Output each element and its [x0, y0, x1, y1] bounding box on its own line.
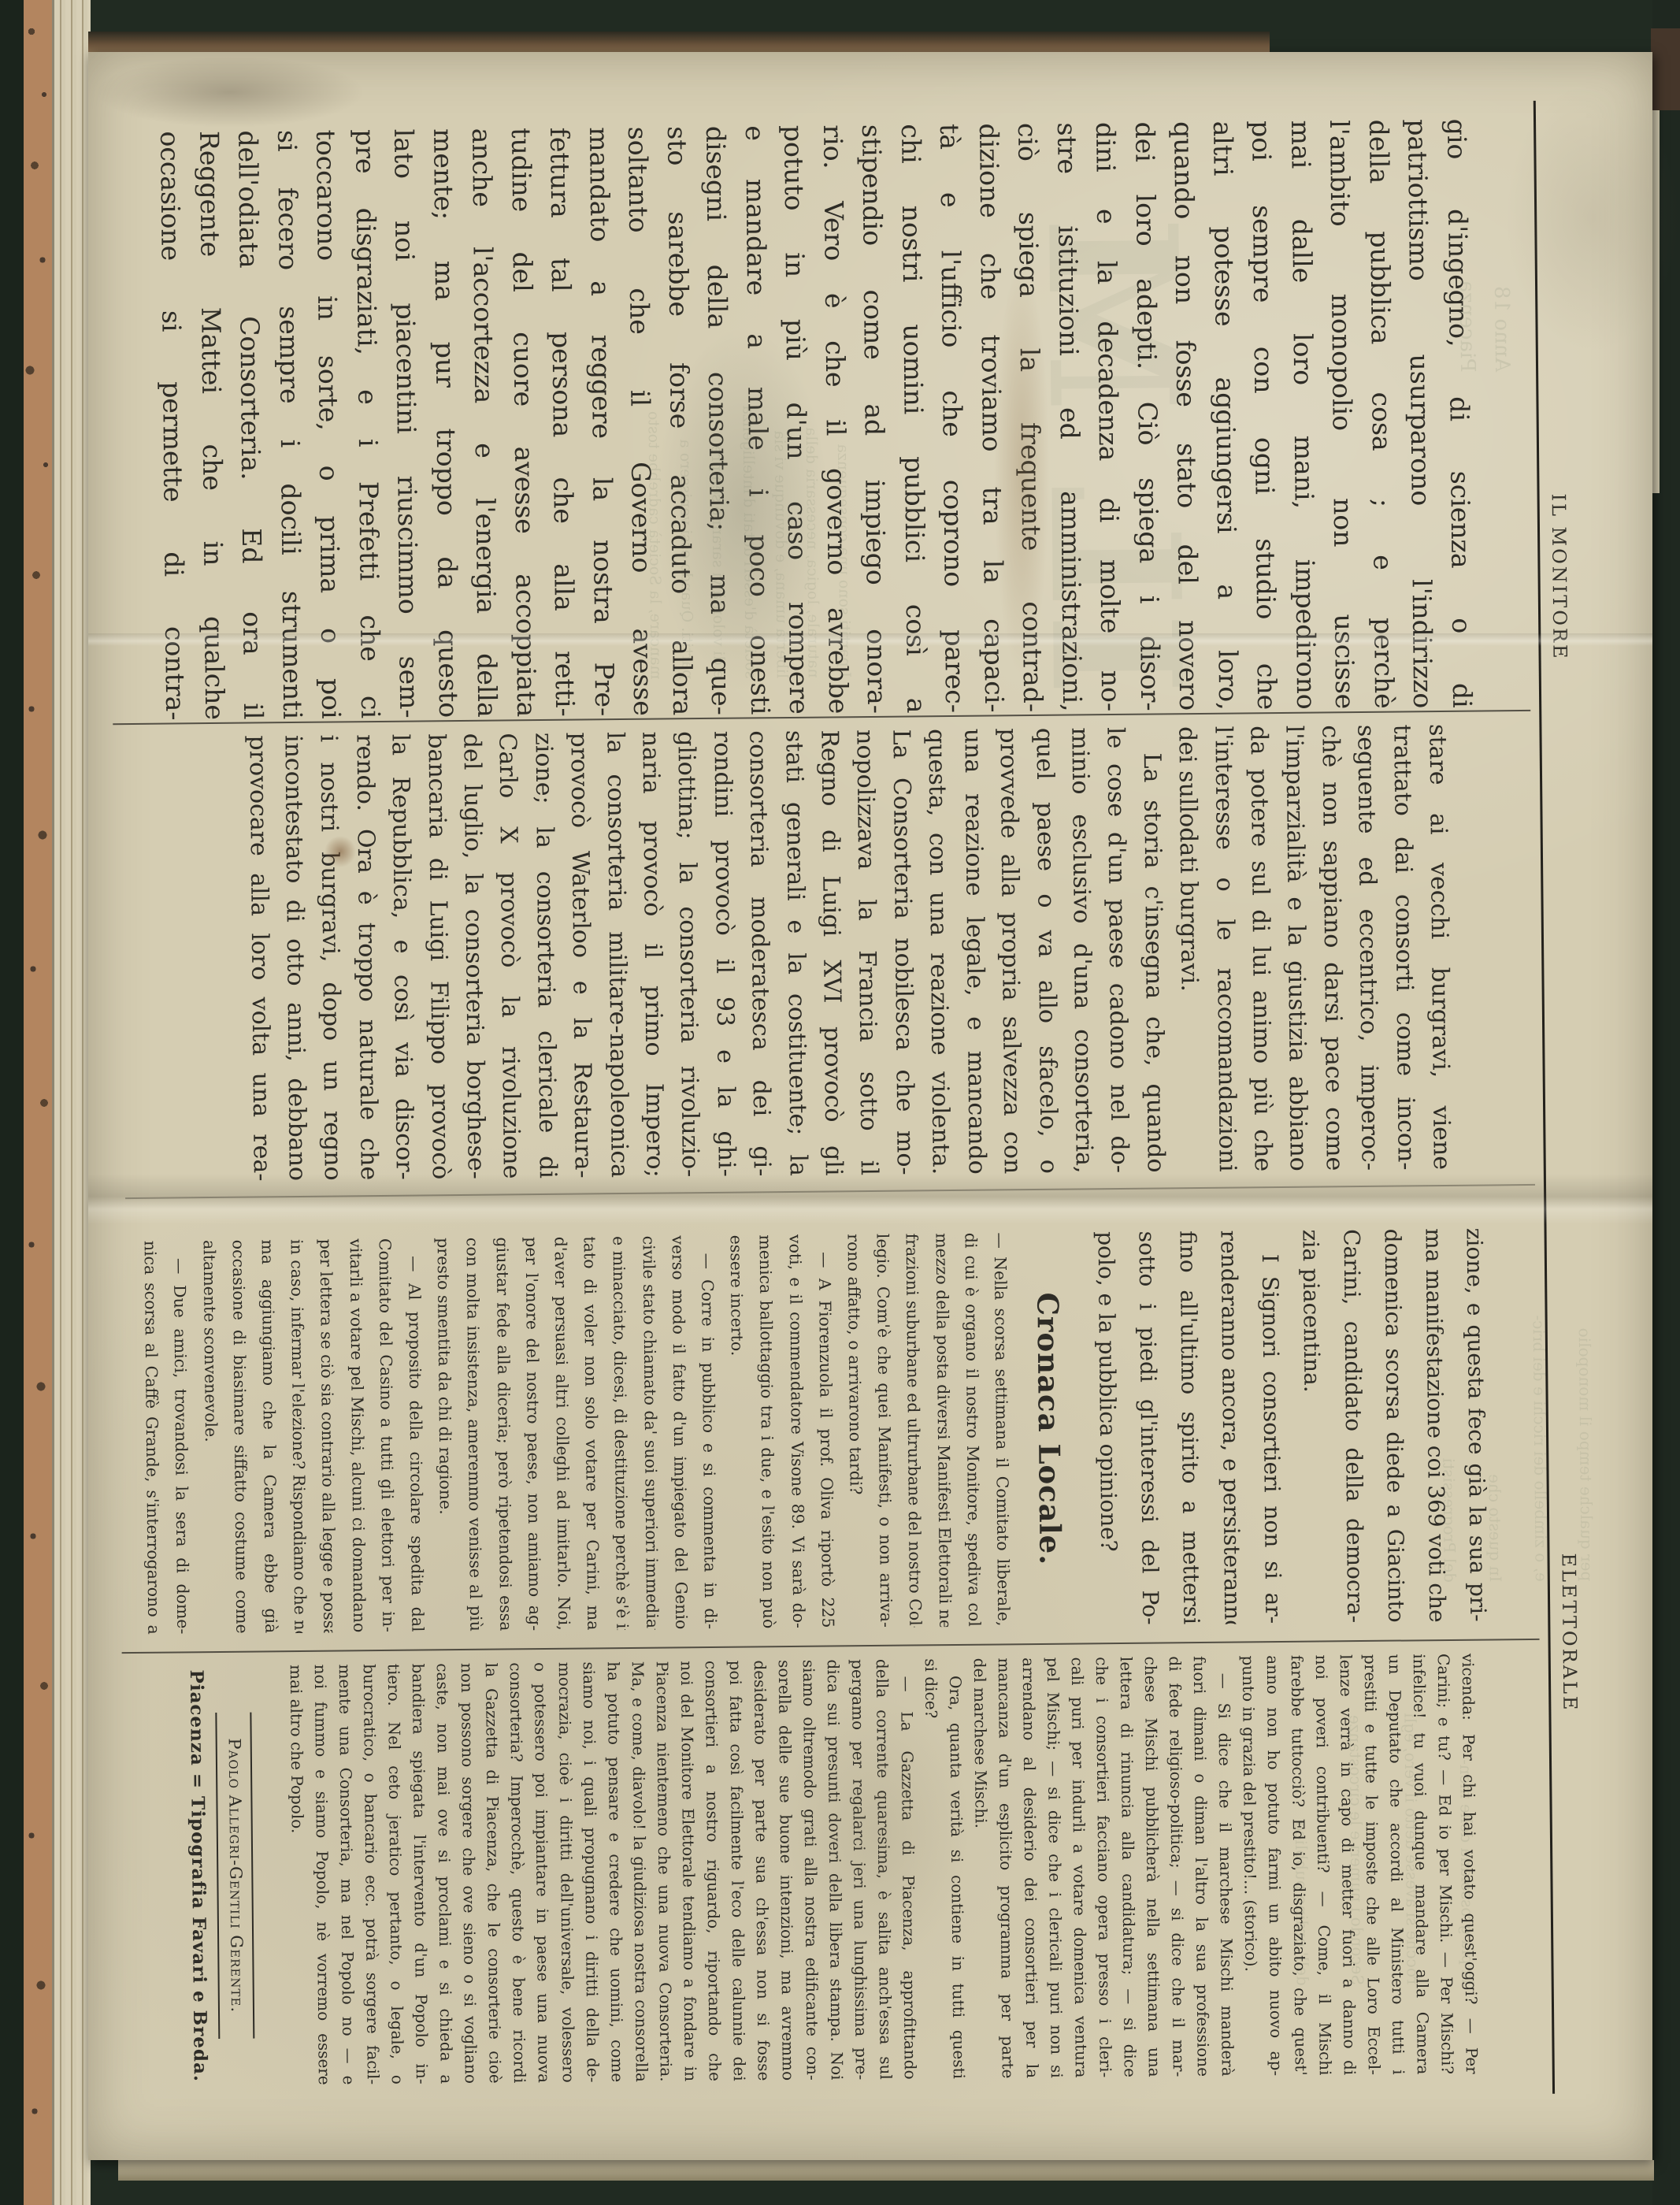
- text-line: — Corre in pubblico e si commenta in di-: [692, 1235, 725, 1629]
- text-line: provocò Waterloo e la Restaura-: [561, 732, 601, 1178]
- stain: [1506, 84, 1679, 351]
- text-line: sotto i piedi gl'interessi del Po-: [1126, 1231, 1171, 1624]
- text-line: stre istituzioni ed amministrazioni,: [1048, 122, 1092, 711]
- text-line: e minacciato, dicesi, di destituzione pe…: [604, 1236, 637, 1630]
- text-line: La storia c'insegna che, quando: [1133, 726, 1174, 1172]
- text-line: menica ballottaggio tra i due, e l'esito…: [751, 1234, 784, 1628]
- text-line: vicenda: Per chi hai votato quest'oggi? …: [1456, 1654, 1484, 2074]
- text-line: patriottismo usurparono l'indirizzo: [1398, 119, 1443, 708]
- text-line: si fecero sempre i docili strumenti: [268, 130, 313, 719]
- text-line: di fede religioso-politica; — si dice ch…: [1163, 1656, 1191, 2077]
- text-line: — Si dice che il marchese Mischi manderà: [1211, 1656, 1240, 2077]
- text-line: Ma, e come, diavolo! la giudiziosa nostr…: [625, 1661, 654, 2082]
- text-line: prestiti e tutte le imposte che alle Lor…: [1358, 1654, 1386, 2075]
- text-line: presto smentita da chi di ragione.: [428, 1238, 462, 1631]
- text-line: consortieri a nostro riguardo, riportand…: [699, 1661, 727, 2081]
- text-line: siamo noi, i quali propugnano i diritti …: [577, 1661, 605, 2082]
- text-line: i nostri burgravi, dopo un regno: [310, 734, 350, 1180]
- column-3: zione, e questa fece già la sua pri-ma m…: [135, 1227, 1499, 1635]
- text-line: per lettera se ciò sia contrario alla le…: [311, 1238, 344, 1632]
- text-line: o potessero poi impiantare in paese una …: [528, 1662, 556, 2083]
- newspaper-sheet: IL MONITORE Anno 18Piacenza I partiti so…: [88, 52, 1652, 2160]
- text-line: farebbe tuttocciò? Ed io, disgraziato, c…: [1285, 1655, 1313, 2076]
- running-head-elettorale: ELETTORALE: [1557, 1542, 1581, 1723]
- text-line: anche l'accortezza e l'energia della: [462, 128, 507, 717]
- text-line: ma manifestazione coi 369 voti che: [1413, 1228, 1458, 1622]
- text-line: domenica scorsa diede a Giacinto: [1372, 1228, 1417, 1622]
- book-scan: IL MONITORE Anno 18Piacenza I partiti so…: [0, 0, 1680, 2205]
- text-line: dell'odiata Consorteria. Ed ora il: [228, 130, 273, 719]
- text-line: con molta insistenza, ameremmo venisse a…: [458, 1238, 491, 1631]
- gutter-fold: [88, 1174, 1652, 1224]
- text-line: occasione si permette di contra-: [150, 131, 195, 720]
- text-line: rono affatto, o arrivarono tardi?: [838, 1234, 871, 1628]
- text-line: da potere sul di lui animo più che: [1241, 726, 1281, 1171]
- text-line: La Consorteria nobilesca che mo-: [883, 729, 923, 1175]
- text-line: zia piacentina.: [1290, 1229, 1335, 1623]
- text-line: tà e l'ufficio che coprono parec-: [930, 124, 975, 713]
- text-line: altri potesse aggiungersi a loro,: [1203, 121, 1248, 710]
- text-line: renderanno ancora, e persisteranno: [1208, 1230, 1253, 1624]
- text-line: noi del Monitore Elettorale tendiamo a f…: [674, 1661, 703, 2081]
- text-line: la consorteria militare-napoleonica: [597, 732, 637, 1178]
- text-line: del marchese Mischi.: [967, 1658, 996, 2079]
- text-line: non possono sorgere che ove sieno o si v…: [454, 1663, 483, 2084]
- text-line: l'interesse o le raccomandazioni: [1205, 726, 1245, 1171]
- text-line: — Nella scorsa settimana il Comitato lib…: [985, 1232, 1018, 1626]
- corner-shadow: [96, 57, 364, 128]
- text-line: quel paese o va allo sfacelo, o: [1026, 728, 1066, 1174]
- text-line: mezzo della posta diversi Manifesti Elet…: [926, 1233, 959, 1627]
- text-line: chi nostri uomini pubblici così a: [892, 124, 936, 713]
- text-line: arrendano al desiderio dei consortieri p…: [1016, 1657, 1044, 2078]
- header-rule: [1534, 101, 1555, 2094]
- text-line: lenze verrà in capo di metter fuori a da…: [1333, 1654, 1362, 2075]
- text-line: Comitato del Casino a tutti gli elettori…: [369, 1238, 402, 1632]
- text-line: desiderato per parte sua ch'essa non si …: [747, 1660, 776, 2081]
- text-line: mocrazia, cioè i diritti dell'universale…: [552, 1662, 580, 2083]
- book-cover-edge: [0, 0, 24, 2205]
- text-line: chese Mischi pubblicherà nella settimana…: [1138, 1656, 1166, 2077]
- text-line: soltanto che il Governo avesse: [618, 127, 663, 716]
- text-line: gliottina; la consorteria rivoluzio-: [668, 731, 708, 1177]
- text-line: cali puri per indurli a votare domenica …: [1065, 1657, 1093, 2077]
- text-line: quando non fosse stato del novero: [1164, 121, 1209, 711]
- text-line: fettura tal persona che alla retti-: [540, 127, 585, 716]
- text-line: ma aggiungiamo che la Camera ebbe già: [252, 1239, 285, 1633]
- text-line: in caso, infermar l'elezione? Rispondiam…: [282, 1239, 315, 1633]
- text-line: mandato a reggere la nostra Pre-: [580, 127, 625, 716]
- imprint-block: Paolo Allegri-Gentili Gerente. Piacenza …: [186, 1665, 255, 2087]
- text-line: lettera di rinuncia alla candidatura; — …: [1114, 1657, 1142, 2077]
- column-rule-3: [122, 1639, 1540, 1654]
- text-line: poi fatta così facilmente l'eco delle ca…: [723, 1661, 751, 2081]
- text-line: polo, e la pubblica opinione?: [1085, 1231, 1130, 1625]
- text-line: bancaria di Luigi Filippo provocò: [418, 733, 458, 1179]
- text-line: rio. Vero è che il governo avrebbe: [814, 124, 859, 714]
- column-3-article-end: zione, e questa fece già la sua pri-ma m…: [1085, 1227, 1499, 1625]
- text-line: rendo. Ora è troppo naturale che: [347, 734, 387, 1180]
- text-line: d'aver persuasi altri colleghi ad imitar…: [545, 1237, 578, 1631]
- ghost-line: e, o zimbello dei ricchi e dei bric-: [1515, 1243, 1564, 1583]
- text-line: di cui è organo il nostro Monitore, sped…: [955, 1233, 988, 1627]
- text-line: caste, non mai ove si proclami e si chie…: [430, 1663, 458, 2084]
- text-line: stipendio come ad impiego onora-: [852, 124, 897, 714]
- text-line: tudine del cuore avesse accoppiata: [502, 128, 547, 717]
- text-line: tato di voler non solo votare per Carini…: [575, 1236, 608, 1630]
- text-line: noi poveri contribuenti? — Come, il Misc…: [1309, 1654, 1337, 2075]
- text-line: fino all'ultimo spirito a mettersi: [1167, 1231, 1212, 1624]
- text-line: altamente sconvenevole.: [194, 1240, 227, 1634]
- text-line: punto in grazia del prestito!... (storic…: [1236, 1655, 1264, 2076]
- text-line: le cose d'un paese cadono nel do-: [1097, 727, 1137, 1173]
- text-line: la Gazzetta di Piacenza, che le consorte…: [479, 1663, 507, 2084]
- text-line: mente; ma pur troppo da questo: [424, 128, 469, 718]
- text-line: ha potuto pensare e credere che uomini, …: [601, 1661, 629, 2082]
- text-line: — Al proposito della circolare spedita d…: [399, 1238, 432, 1631]
- text-line: dei sullodati burgravi.: [1169, 726, 1209, 1172]
- text-line: toccarono in sorte, o prima o poi: [306, 129, 351, 718]
- text-line: seguente ed eccentrico, imperoc-: [1348, 725, 1388, 1171]
- text-line: un Deputato che accordi al Ministero tut…: [1382, 1654, 1411, 2074]
- text-line: provocare alla loro volta una rea-: [239, 735, 280, 1181]
- text-line: anno non ho potuto farmi un abito nuovo …: [1260, 1655, 1289, 2076]
- text-line: mai dalle loro mani, impedirono: [1281, 120, 1326, 709]
- text-line: incontestato di otto anni, debbano: [275, 735, 315, 1181]
- text-line: consorteria? Imperocchè, questo è bene r…: [503, 1662, 532, 2083]
- text-line: trattato dai consorti come incon-: [1384, 724, 1424, 1170]
- text-line: stati generali e la costituente; la: [776, 730, 816, 1176]
- gerente-line: Paolo Allegri-Gentili Gerente.: [217, 1665, 254, 2086]
- text-line: della pubblica cosa ; e perchè: [1359, 120, 1404, 709]
- text-line: chè non sappiano darsi pace come: [1312, 725, 1352, 1171]
- text-line: Reggente Mattei che in qualche: [190, 131, 235, 720]
- text-line: consorteria moderatesca dei gi-: [740, 730, 780, 1176]
- text-line: frazioni suburbane ed ultrurbane del nos…: [897, 1233, 930, 1627]
- text-line: pre disgraziati, e i Prefetti che ci: [346, 129, 391, 718]
- text-line: verso modo il fatto d'un impiegato del G…: [662, 1235, 695, 1629]
- text-line: — A Fiorenzuola il prof. Oliva riportò 2…: [809, 1234, 842, 1628]
- text-line: questa, con una reazione violenta.: [918, 729, 959, 1175]
- text-line: mai altro che Popolo.: [284, 1665, 312, 2085]
- text-line: rondini provocò il 93 e la ghi-: [704, 731, 744, 1177]
- marbled-board-edge: [24, 0, 52, 2205]
- fold-crease: [88, 633, 1652, 646]
- text-line: voti, e il commendatore Visone 89. Vi sa…: [780, 1234, 813, 1628]
- text-line: Carini; e tu? — Ed io per Mischi. — Per …: [1431, 1654, 1459, 2074]
- text-line: poi sempre con ogni studio che: [1242, 121, 1287, 710]
- text-line: burocratico, o bancario ecc. potrà sorge…: [357, 1664, 385, 2084]
- text-line: infelice! tu vuoi dunque mandare alla Ca…: [1407, 1654, 1435, 2074]
- stain: [325, 836, 356, 867]
- text-line: nica scorsa al Caffè Grande, s'interroga…: [135, 1241, 169, 1635]
- text-line: dei loro adepti. Ciò spiega i disor-: [1126, 121, 1170, 711]
- text-line: minio esclusivo d'una consorteria,: [1062, 727, 1102, 1173]
- text-line: l'imparzialità e la giustizia abbiano: [1276, 726, 1316, 1171]
- text-line: vitarli a votare pel Mischi, alcuni ci d…: [340, 1238, 373, 1632]
- binding-corner: [1651, 28, 1680, 110]
- text-line: dini e la decadenza di molte no-: [1086, 122, 1131, 711]
- text-line: stare ai vecchi burgravi, viene: [1419, 724, 1459, 1170]
- text-line: bandiera spiegata l'intervento d'un Popo…: [406, 1663, 434, 2084]
- text-line: del luglio, la consorteria borghese-: [454, 733, 494, 1179]
- text-line: per l'onore del nostro paese, non amiamo…: [516, 1237, 549, 1631]
- stain: [781, 1698, 970, 1966]
- text-line: lato noi piacentini riuscimmo sem-: [384, 128, 429, 718]
- text-line: Carini, candidato della democra-: [1331, 1229, 1376, 1623]
- text-line: che i consortieri facciano opera presso …: [1089, 1657, 1118, 2077]
- text-line: zione, e questa fece già la sua pri-: [1454, 1227, 1499, 1621]
- text-line: naria provocò il primo Impero;: [632, 731, 673, 1177]
- text-line: essere incerto.: [721, 1234, 755, 1628]
- text-line: I Signori consortieri non si ar-: [1249, 1230, 1294, 1624]
- text-line: gio d'ingegno, di scienza o di: [1437, 119, 1482, 708]
- text-line: noi fummo e siamo Popolo, nè vorremo ess…: [308, 1665, 336, 2085]
- cronaca-locale-heading: Cronaca Locale.: [1030, 1232, 1069, 1626]
- stain: [994, 265, 1049, 674]
- tipografia-line: Piacenza = Tipografia Favari e Breda.: [186, 1665, 219, 2086]
- text-line: una reazione legale, e mancando: [955, 729, 995, 1175]
- text-line: mente una Consorteria, ma nel Popolo no …: [332, 1664, 361, 2084]
- text-line: pel Mischi; — si dice che i clericali pu…: [1040, 1657, 1069, 2078]
- text-line: Piacenza nientemeno che una nuova Consor…: [650, 1661, 678, 2081]
- text-line: zione; la consorteria clericale di: [525, 733, 566, 1179]
- text-line: Carlo X provocò la rivoluzione: [489, 733, 529, 1179]
- text-line: Regno di Luigi XVI provocò gli: [811, 729, 851, 1175]
- text-line: occasione di biasimare siffatto costume …: [223, 1240, 256, 1634]
- column-2-lead-article: stare ai vecchi burgravi, vienetrattato …: [239, 724, 1459, 1182]
- text-line: mancanza d'un esplicito programma per pa…: [992, 1657, 1020, 2078]
- text-line: fuori dimani o diman l'altro la sua prof…: [1187, 1656, 1215, 2077]
- text-line: nopolizzava la Francia sotto il: [847, 729, 888, 1175]
- cronaca-locale-items: — Nella scorsa settimana il Comitato lib…: [135, 1232, 1018, 1635]
- text-line: la Repubblica, e così via discor-: [382, 733, 422, 1179]
- text-line: provvede alla propria salvezza con: [990, 728, 1030, 1174]
- text-line: l'ambito monopolio non uscisse: [1320, 120, 1365, 709]
- text-line: civile stato chiamato da' suoi superiori…: [633, 1236, 666, 1630]
- text-line: tiero. Nel ceto jeratico pertanto, o leg…: [381, 1664, 410, 2084]
- text-line: giustar fede alla diceria; però ripetend…: [487, 1237, 520, 1631]
- text-line: — Due amici, trovandosi la sera di dome-: [165, 1240, 198, 1634]
- ghost-line: per qualche tempo il monopolio: [1561, 1242, 1610, 1582]
- text-line: legio. Com'è che quei Manifesti, o non a…: [868, 1234, 901, 1628]
